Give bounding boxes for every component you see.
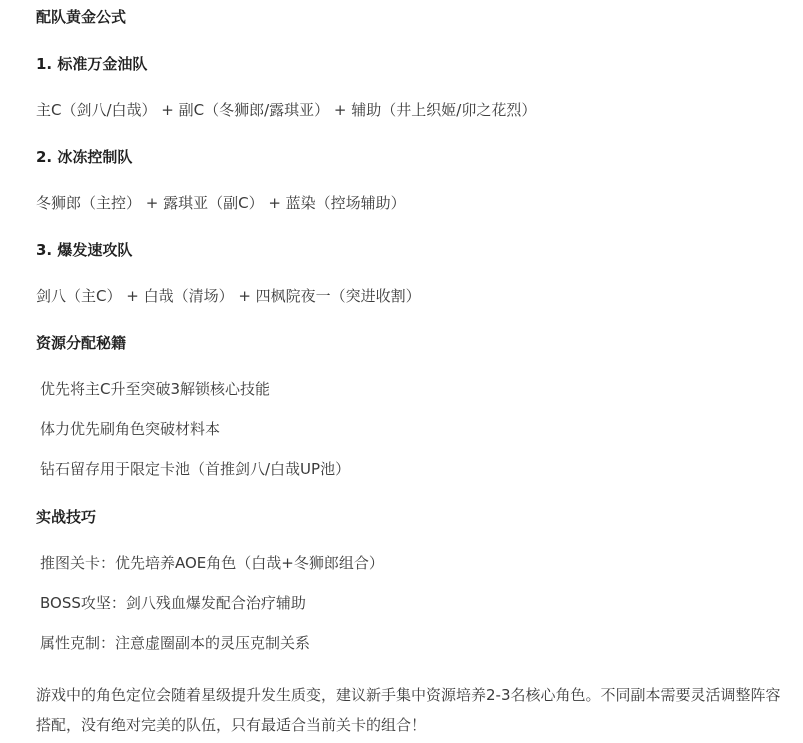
team-heading-3: 3. 爆发速攻队 [36,240,132,260]
team-composition-1: 主C（剑八/白哉） + 副C（冬狮郎/露琪亚） + 辅助（井上织姬/卯之花烈） [36,100,536,120]
tips-heading: 实战技巧 [36,507,96,527]
section-title: 配队黄金公式 [36,7,126,27]
resource-item: 体力优先刷角色突破材料本 [40,419,220,439]
tip-item: 推图关卡：优先培养AOE角色（白哉+冬狮郎组合） [40,553,384,573]
resource-item: 优先将主C升至突破3解锁核心技能 [40,379,270,399]
tip-item: 属性克制：注意虚圈副本的灵压克制关系 [40,633,310,653]
tip-item: BOSS攻坚：剑八残血爆发配合治疗辅助 [40,593,306,613]
summary-paragraph: 游戏中的角色定位会随着星级提升发生质变，建议新手集中资源培养2-3名核心角色。不… [36,680,781,740]
team-heading-2: 2. 冰冻控制队 [36,147,132,167]
team-heading-1: 1. 标准万金油队 [36,54,147,74]
resource-item: 钻石留存用于限定卡池（首推剑八/白哉UP池） [40,459,350,479]
team-composition-3: 剑八（主C） + 白哉（清场） + 四枫院夜一（突进收割） [36,286,421,306]
resources-heading: 资源分配秘籍 [36,333,126,353]
team-composition-2: 冬狮郎（主控） + 露琪亚（副C） + 蓝染（控场辅助） [36,193,406,213]
